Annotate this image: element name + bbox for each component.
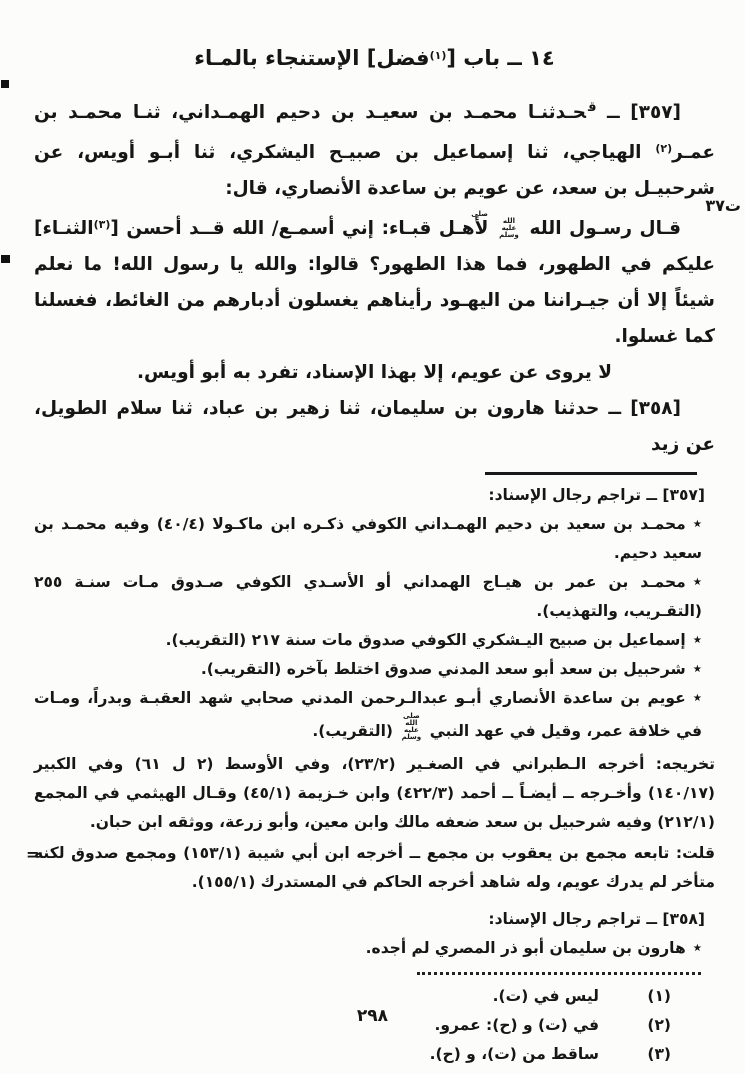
rijal-entry: ٭محمـد بن عمر بن هيـاج الهمداني أو الأسـ… — [34, 568, 715, 626]
scanned-book-page: ت٣٧ = ١٤ ــ باب [(١)فضل] الإستنجاء بالمـ… — [0, 0, 745, 1074]
rijal-heading-358: [٣٥٨] ــ تراجم رجال الإسناد: — [34, 905, 715, 934]
honorific-salla-icon: صلى الله عليه وسلم — [398, 713, 424, 741]
chapter-title-part2: فضل] الإستنجاء بالمـاء — [194, 46, 429, 70]
footnote-ref-3: (٣) — [94, 218, 111, 231]
rijal-entry-text: شرحبيل بن سعد أبو سعد المدني صدوق اختلط … — [201, 660, 686, 678]
collation-mark-icon — [1, 255, 10, 263]
asterisk-icon: ٭ — [693, 630, 702, 650]
asterisk-icon: ٭ — [693, 659, 702, 679]
main-text-block: [٣٥٧] ــ قحـدثنـا محمـد بن سعيـد بن دحيم… — [34, 90, 715, 463]
rijal-entry-text: (التقريب). — [312, 722, 398, 740]
page-content: ١٤ ــ باب [(١)فضل] الإستنجاء بالمـاء [٣٥… — [34, 34, 715, 1069]
hadith-357-isnad: [٣٥٧] ــ قحـدثنـا محمـد بن سعيـد بن دحيم… — [34, 90, 715, 207]
rijal-entry: ٭محمـد بن سعيد بن دحيم الهمـداني الكوفي … — [34, 510, 715, 568]
rijal-entry: ٭شرحبيل بن سعد أبو سعد المدني صدوق اختلط… — [34, 655, 715, 684]
footnote-ref-2: (٢) — [655, 142, 672, 155]
footnote-text: ساقط من (ت)، و (ح). — [430, 1040, 599, 1069]
tafarrud-note: لا يروى عن عويم، إلا بهذا الإسناد، تفرد … — [34, 355, 715, 391]
hadith-357-number: [٣٥٧] ــ — [596, 102, 681, 123]
rijal-entry: ٭إسماعيل بن صبيح اليـشكري الكوفي صدوق ما… — [34, 626, 715, 655]
footnote-dotted-separator — [417, 972, 701, 975]
hadith-357-matn: قـال رسـول الله صلى الله عليه وسلم لأهـل… — [34, 207, 715, 355]
hadith-358-isnad: [٣٥٨] ــ حدثنا هارون بن سليمان، ثنا زهير… — [34, 391, 715, 463]
qult-paragraph: قلت: تابعه مجمع بن يعقوب بن مجمع ــ أخرج… — [34, 839, 715, 897]
asterisk-icon: ٭ — [693, 572, 702, 592]
rijal-entry-text: محمـد بن عمر بن هيـاج الهمداني أو الأسـد… — [34, 573, 702, 620]
rijal-entry: ٭هارون بن سليمان أبو ذر المصري لم أجده. — [34, 934, 715, 963]
footnote-item: (٣)ساقط من (ت)، و (ح). — [34, 1040, 671, 1069]
asterisk-icon: ٭ — [693, 514, 702, 534]
asterisk-icon: ٭ — [693, 938, 702, 958]
chapter-title: ١٤ ــ باب [(١)فضل] الإستنجاء بالمـاء — [34, 42, 715, 72]
page-number: ٢٩٨ — [0, 1006, 745, 1026]
rijal-heading-357: [٣٥٧] ــ تراجم رجال الإسناد: — [34, 481, 715, 510]
rijal-entry-text: إسماعيل بن صبيح اليـشكري الكوفي صدوق مات… — [166, 631, 686, 649]
matn-part1: قـال رسـول الله — [522, 218, 681, 239]
footnote-number: (٣) — [637, 1040, 671, 1069]
takhrij-paragraph: تخريجه: أخرجه الـطبراني في الصغـير (٢٣/٢… — [34, 750, 715, 837]
honorific-salla-icon: صلى الله عليه وسلم — [496, 211, 522, 239]
footnote-ref-1: (١) — [430, 49, 447, 62]
hadith-357-isnad-part2: الهياجي، ثنا إسماعيل بن صبيـح اليشكري، ث… — [34, 142, 715, 199]
chapter-title-part1: ١٤ ــ باب [ — [446, 46, 554, 70]
matn-part2: لأهـل قبـاء: إني أسمـع/ الله قــد أحسن [ — [110, 218, 496, 239]
commentary-section: [٣٥٧] ــ تراجم رجال الإسناد: ٭محمـد بن س… — [34, 481, 715, 963]
asterisk-icon: ٭ — [693, 688, 702, 708]
rijal-entry-text: هارون بن سليمان أبو ذر المصري لم أجده. — [366, 939, 686, 957]
commentary-divider-rule — [485, 472, 697, 475]
rijal-entry: ٭عويم بن ساعدة الأنصاري أبـو عبدالـرحمن … — [34, 684, 715, 746]
collation-mark-icon — [1, 80, 9, 88]
rijal-entry-text: محمـد بن سعيد بن دحيم الهمـداني الكوفي ذ… — [34, 515, 702, 562]
